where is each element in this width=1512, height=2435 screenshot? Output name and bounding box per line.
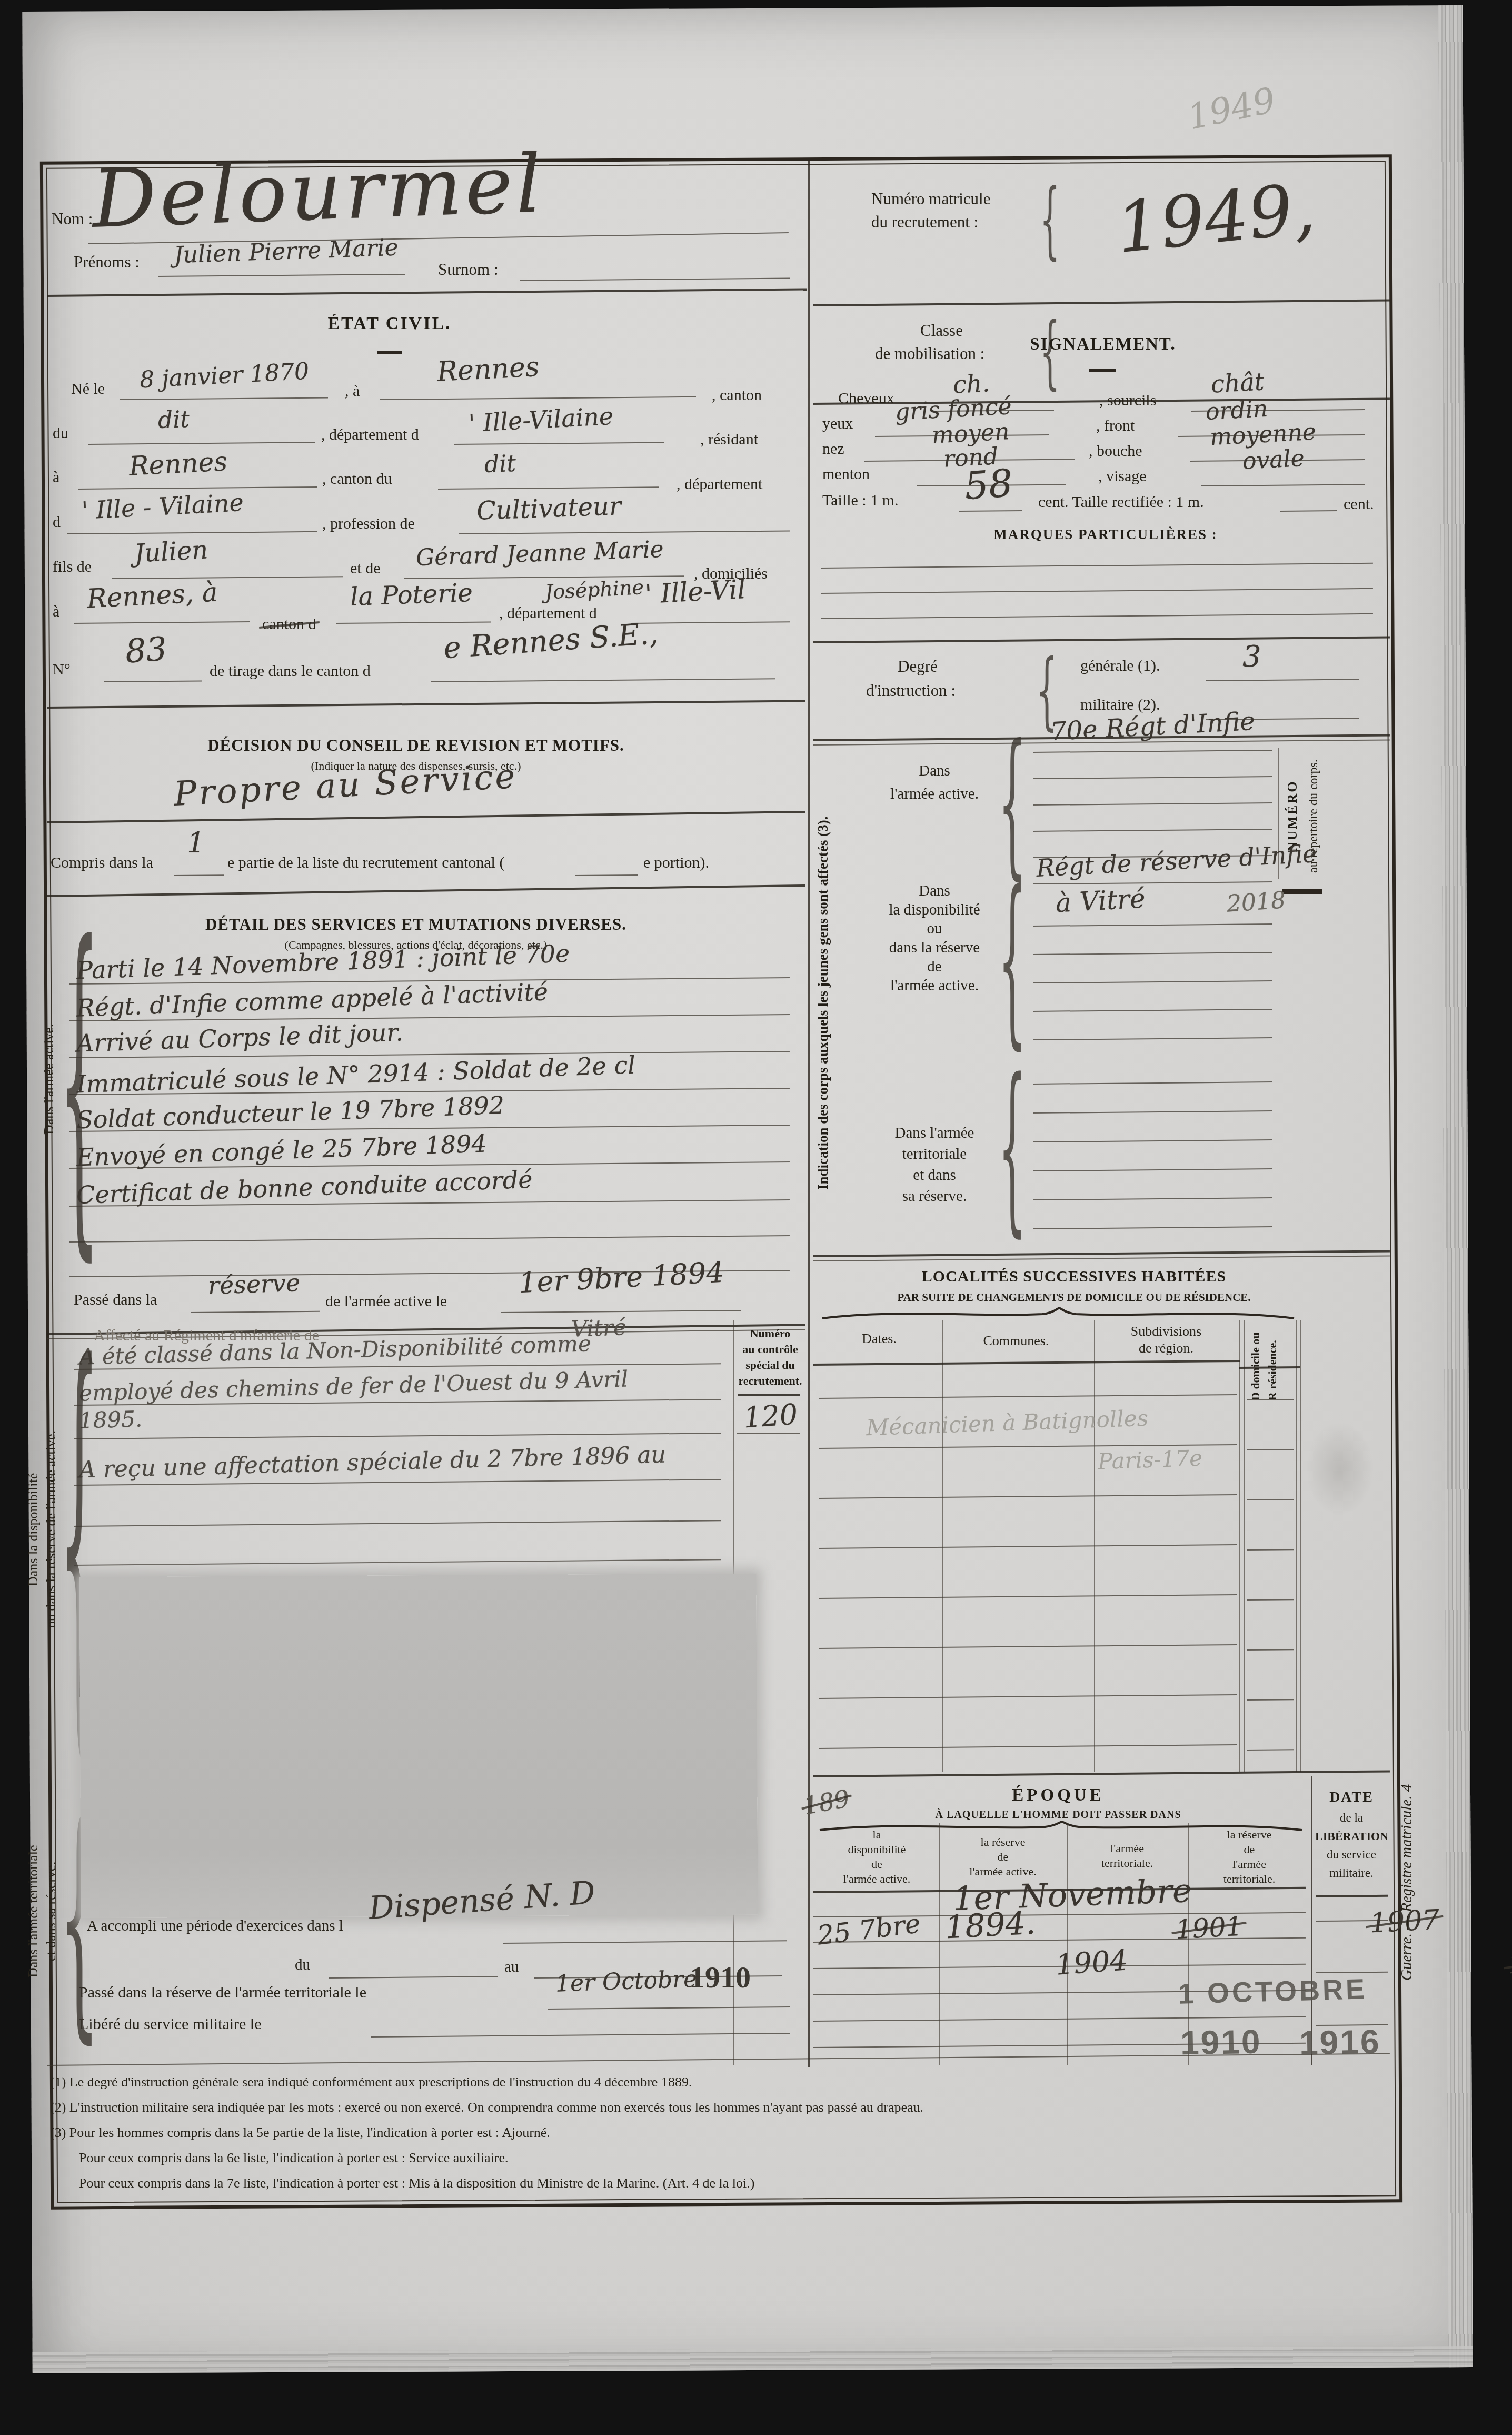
- table-divider: [942, 1320, 943, 1772]
- title-dash: [1089, 369, 1116, 372]
- page-stack-edge-bottom: [33, 2346, 1473, 2373]
- yeux-label: yeux: [822, 415, 853, 433]
- et-de-label: et de: [350, 560, 380, 578]
- services-title: DÉTAIL DES SERVICES ET MUTATIONS DIVERSE…: [100, 915, 732, 934]
- table-divider: [1296, 1320, 1297, 1772]
- epoque-col1-label: disponibilité: [818, 1843, 936, 1856]
- visage-value: ovale: [1242, 445, 1305, 475]
- corps-dispo-label-5: de: [874, 958, 995, 976]
- corps-vertical-label: Indication des corps auxquels les jeunes…: [815, 753, 831, 1253]
- cheveux-label: Cheveux: [838, 390, 894, 408]
- epoque-date-label: de la: [1315, 1811, 1388, 1825]
- localites-col-dr-1: D domicile ou: [1249, 1321, 1262, 1400]
- cent-label: cent.: [1344, 495, 1374, 513]
- residant-label: , résidant: [700, 431, 758, 449]
- table-divider: [1244, 1320, 1245, 1772]
- localites-col-subdivisions-1: Subdivisions: [1100, 1324, 1232, 1339]
- front-label: , front: [1096, 417, 1135, 435]
- du-value: dit: [157, 406, 190, 434]
- degre-label-2: d'instruction :: [866, 681, 956, 700]
- header-flourish: [821, 1307, 1295, 1320]
- masked-patch: [79, 1574, 758, 1919]
- localites-col-dr-2: R résidence.: [1266, 1321, 1279, 1400]
- epoque-title: ÉPOQUE: [937, 1786, 1179, 1805]
- footnote-line: Pour ceux compris dans la 6e liste, l'in…: [79, 2150, 509, 2166]
- epoque-hw-1910-struck: 1910: [1507, 1945, 1512, 1981]
- father-name-value: Julien: [134, 535, 209, 568]
- passe-territoriale-stamp: 1910: [690, 1960, 751, 1995]
- corps-active-label-2: l'armée active.: [863, 786, 1006, 803]
- epoque-col3-label: l'armée: [1070, 1842, 1185, 1855]
- epoque-subtitle: À LAQUELLE L'HOMME DOIT PASSER DANS: [853, 1809, 1264, 1821]
- profession-label: , profession de: [322, 515, 415, 533]
- canton-d-value: la Poterie: [350, 578, 473, 612]
- epoque-col1-label: de: [818, 1857, 936, 1871]
- tirage-label: de tirage dans le canton d: [210, 662, 371, 680]
- localites-subtitle: PAR SUITE DE CHANGEMENTS DE DOMICILE OU …: [832, 1291, 1316, 1304]
- departement2-label: , département: [677, 475, 762, 493]
- classe-label-1: Classe: [920, 321, 963, 340]
- epoque-col2-label: de: [942, 1850, 1063, 1864]
- corps-dispo-label-1: Dans: [874, 882, 995, 900]
- bouche-label: , bouche: [1089, 442, 1142, 460]
- taille-value: 58: [963, 461, 1014, 508]
- brace-icon: {: [998, 870, 1026, 1053]
- column-tick: [1282, 889, 1322, 894]
- degre-label-1: Degré: [898, 657, 938, 676]
- corps-terr-label-4: sa réserve.: [858, 1188, 1011, 1205]
- marques-title: MARQUES PARTICULIÈRES :: [979, 526, 1232, 543]
- nez-label: nez: [822, 440, 844, 458]
- corps-dispo-label-4: dans la réserve: [858, 939, 1011, 957]
- passe-reserve-value: réserve: [207, 1268, 301, 1300]
- localites-title: LOCALITÉS SUCCESSIVES HABITÉES: [848, 1268, 1300, 1286]
- fils-de-label: fils de: [53, 558, 92, 576]
- du-label: du: [295, 1956, 310, 1974]
- margin-label-disponibilite-1: Dans la disponibilité: [25, 1306, 41, 1753]
- numero-tirage-value: 83: [124, 629, 168, 670]
- d-label: d: [53, 513, 61, 531]
- canton-label: , canton: [712, 386, 762, 404]
- taille-rectifiee-label: cent. Taille rectifiée : 1 m.: [1038, 493, 1204, 511]
- controle-label-2: au contrôle: [736, 1343, 804, 1356]
- epoque-col4-label: territoriale.: [1191, 1872, 1308, 1886]
- margin-label-disponibilite-2: ou dans la réserve de l'armée active.: [43, 1306, 59, 1753]
- compris-label-3: e portion).: [643, 854, 709, 872]
- pencil-note-city: Paris-17e: [1097, 1445, 1203, 1475]
- generale-label: générale (1).: [1080, 657, 1160, 675]
- stamp-1910: 1910: [1180, 2022, 1262, 2063]
- sourcils-value: chât: [1210, 367, 1265, 398]
- sourcils-label: , sourcils: [1099, 392, 1156, 410]
- corps-dispo-label-2: la disponibilité: [858, 901, 1011, 919]
- margin-label-territoriale-1: Dans l'armée territoriale: [25, 1785, 41, 2038]
- column-divider: [808, 161, 810, 2067]
- corps-dispo-number: 2018: [1226, 887, 1286, 918]
- compris-label-1: Compris dans la: [51, 854, 153, 872]
- brace-icon: {: [1040, 178, 1060, 262]
- nom-label: Nom :: [52, 210, 93, 228]
- corps-dispo-label-6: l'armée active.: [858, 977, 1011, 995]
- departement3-label: , département d: [499, 604, 597, 622]
- libere-label: Libéré du service militaire le: [79, 2015, 262, 2033]
- numero-tirage-label: N°: [53, 661, 71, 679]
- epoque-date-divider: [1311, 1776, 1312, 2065]
- margin-guerre-label: Guerre. — Registre matricule. 4: [1398, 1553, 1416, 2211]
- corps-dispo-label-3: ou: [874, 920, 995, 938]
- profession-value: Cultivateur: [476, 491, 622, 526]
- surnom-label: Surnom :: [438, 260, 499, 279]
- epoque-date-label: LIBÉRATION: [1315, 1830, 1388, 1843]
- epoque-col1-label: l'armée active.: [818, 1872, 936, 1886]
- corps-terr-label-3: et dans: [858, 1167, 1011, 1184]
- periode-label: A accompli une période d'exercices dans …: [87, 1917, 343, 1935]
- menton-label: menton: [822, 465, 870, 483]
- a2-label: à: [53, 469, 59, 486]
- brace-icon: {: [998, 1057, 1026, 1240]
- ne-le-label: Né le: [71, 380, 105, 398]
- corps-terr-label-2: territoriale: [858, 1146, 1011, 1163]
- footnote-line: (2) L'instruction militaire sera indiqué…: [50, 2100, 923, 2115]
- epoque-col4-label: l'armée: [1191, 1857, 1308, 1871]
- margin-label-armee-active: Dans l'armée active.: [41, 911, 57, 1248]
- localites-col-communes: Communes.: [948, 1333, 1085, 1349]
- epoque-divider: [1067, 1823, 1068, 2065]
- du-label: du: [53, 424, 68, 442]
- taille-label: Taille : 1 m.: [822, 492, 899, 510]
- table-divider: [1239, 1320, 1240, 1772]
- stamp-1-octobre: 1 OCTOBRE: [1178, 1973, 1368, 2010]
- numero-matricule-label-1: Numéro matricule: [871, 190, 990, 208]
- table-divider: [1300, 1320, 1301, 1772]
- smudge: [1306, 1422, 1374, 1516]
- compris-label-2: e partie de la liste du recrutement cant…: [227, 854, 504, 872]
- canton-d-label-struck: canton d: [262, 615, 316, 633]
- controle-label-1: Numéro: [736, 1327, 804, 1340]
- visage-label: , visage: [1098, 468, 1147, 485]
- epoque-date-label: DATE: [1315, 1789, 1388, 1806]
- stamp-1916: 1916: [1299, 2022, 1381, 2063]
- departement3-value: ' Ille-Vil: [644, 574, 747, 610]
- title-dash: [377, 351, 402, 354]
- etat-civil-title: ÉTAT CIVIL.: [311, 314, 469, 334]
- corps-dispo-value-2: à Vitré: [1055, 883, 1146, 919]
- controle-label-3: spécial du: [736, 1358, 804, 1372]
- corps-terr-label-1: Dans l'armée: [858, 1125, 1011, 1142]
- epoque-hw-1904: 1904: [1055, 1943, 1129, 1981]
- margin-label-territoriale-2: et dans sa réserve.: [43, 1785, 59, 2038]
- canton-du-label: , canton du: [322, 470, 392, 488]
- corps-active-label-1: Dans: [874, 762, 995, 780]
- passe-reserve-label-2: de l'armée active le: [325, 1293, 447, 1310]
- militaire-label: militaire (2).: [1080, 696, 1160, 714]
- a-label: , à: [345, 382, 360, 400]
- controle-value: 120: [742, 1397, 799, 1434]
- decision-title: DÉCISION DU CONSEIL DE REVISION ET MOTIF…: [100, 736, 732, 755]
- epoque-divider: [939, 1823, 940, 2065]
- a3-label: à: [53, 603, 59, 621]
- prenoms-label: Prénoms :: [74, 253, 140, 272]
- epoque-col4-label: de: [1191, 1843, 1308, 1856]
- footnote-line: (1) Le degré d'instruction générale sera…: [50, 2074, 692, 2090]
- page-stack-edge-right: [1438, 5, 1473, 2367]
- passe-territoriale-hw: 1er Octobre: [555, 1965, 698, 1997]
- departement-label: , département d: [321, 426, 419, 444]
- epoque-col2-label: la réserve: [942, 1835, 1063, 1849]
- birth-commune-value: Rennes: [436, 351, 540, 388]
- canton-du-value: dit: [484, 450, 516, 478]
- footnote-line: (3) Pour les hommes compris dans la 5e p…: [50, 2125, 550, 2141]
- classe-label-2: de mobilisation :: [875, 344, 984, 363]
- compris-value: 1: [187, 827, 205, 860]
- epoque-hw-1901-struck: 1901: [1175, 1911, 1244, 1945]
- epoque-col1-label: la: [818, 1828, 936, 1842]
- generale-value: 3: [1242, 640, 1261, 674]
- epoque-col3-label: territoriale.: [1070, 1856, 1185, 1870]
- numero-matricule-label-2: du recrutement :: [871, 213, 978, 232]
- epoque-date-label: du service: [1315, 1848, 1388, 1862]
- epoque-col4-label: la réserve: [1191, 1828, 1308, 1842]
- signalement-title: SIGNALEMENT.: [1016, 335, 1190, 354]
- controle-label-4: recrutement.: [736, 1374, 804, 1388]
- localites-col-subdivisions-2: de région.: [1100, 1340, 1232, 1356]
- passe-territoriale-label: Passé dans la réserve de l'armée territo…: [79, 1984, 366, 2002]
- brace-icon: {: [59, 901, 100, 1260]
- au-label: au: [504, 1959, 519, 1976]
- localites-col-dates: Dates.: [827, 1331, 932, 1347]
- residence-value: Rennes: [128, 446, 228, 482]
- footnote-line: Pour ceux compris dans la 7e liste, l'in…: [79, 2175, 754, 2191]
- epoque-date-label: militaire.: [1315, 1866, 1388, 1880]
- name-signature: Delourmel: [91, 137, 546, 246]
